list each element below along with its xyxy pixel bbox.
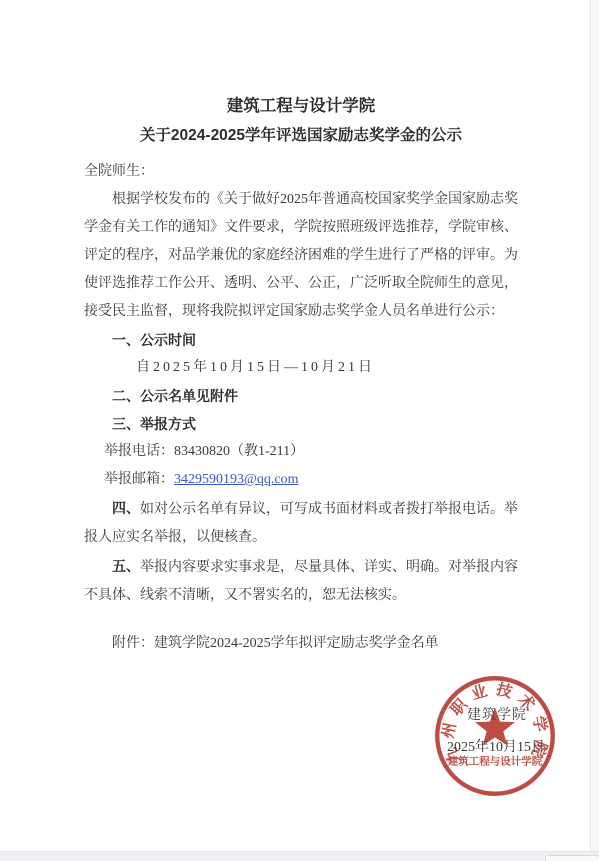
signature-org: 建筑学院 (452, 707, 542, 725)
attachment-line: 附件：建筑学院2024-2025学年拟评定励志奖学金名单 (84, 630, 518, 658)
section-1-heading: 一、公示时间 (84, 326, 518, 354)
horizontal-scrollbar-thumb[interactable] (545, 855, 599, 861)
salutation: 全院师生： (84, 158, 518, 186)
report-phone-line: 举报电话：83430820（教1-211） (84, 438, 518, 466)
viewer-bottom-bar (0, 851, 599, 861)
report-email-link[interactable]: 3429590193@qq.com (174, 472, 299, 487)
section-3-heading: 三、举报方式 (84, 410, 518, 438)
item-4-paragraph: 四、如对公示名单有异议，可写成书面材料或者拨打举报电话。举报人应实名举报，以便核… (84, 494, 518, 552)
item-5-text: 举报内容要求实事求是，尽量具体、详实、明确。对举报内容不具体、线索不清晰，又不署… (84, 560, 518, 603)
item-4-lead: 四、 (112, 500, 140, 516)
report-phone-label: 举报电话： (104, 444, 174, 459)
document-title: 建筑工程与设计学院 (84, 94, 518, 118)
section-2-heading: 二、公示名单见附件 (84, 382, 518, 410)
item-5-paragraph: 五、举报内容要求实事求是，尽量具体、详实、明确。对举报内容不具体、线索不清晰，又… (84, 552, 518, 610)
report-phone-value: 83430820（教1-211） (174, 444, 304, 459)
document-page: 建筑工程与设计学院 关于2024-2025学年评选国家励志奖学金的公示 全院师生… (0, 0, 591, 851)
publicity-period: 自2025年10月15日—10月21日 (84, 354, 518, 382)
signature-date: 2025年10月15日 (440, 739, 552, 757)
report-email-label: 举报邮箱： (104, 472, 174, 487)
intro-paragraph: 根据学校发布的《关于做好2025年普通高校国家奖学金国家励志奖学金有关工作的通知… (84, 186, 518, 326)
report-email-line: 举报邮箱：3429590193@qq.com (84, 466, 518, 494)
item-4-text: 如对公示名单有异议，可写成书面材料或者拨打举报电话。举报人应实名举报，以便核查。 (84, 502, 518, 545)
document-subtitle: 关于2024-2025学年评选国家励志奖学金的公示 (84, 124, 518, 148)
official-stamp: 九州职业技术学院 建筑工程与设计学院 (432, 673, 558, 799)
item-5-lead: 五、 (112, 558, 140, 574)
document-body: 建筑工程与设计学院 关于2024-2025学年评选国家励志奖学金的公示 全院师生… (84, 94, 518, 658)
